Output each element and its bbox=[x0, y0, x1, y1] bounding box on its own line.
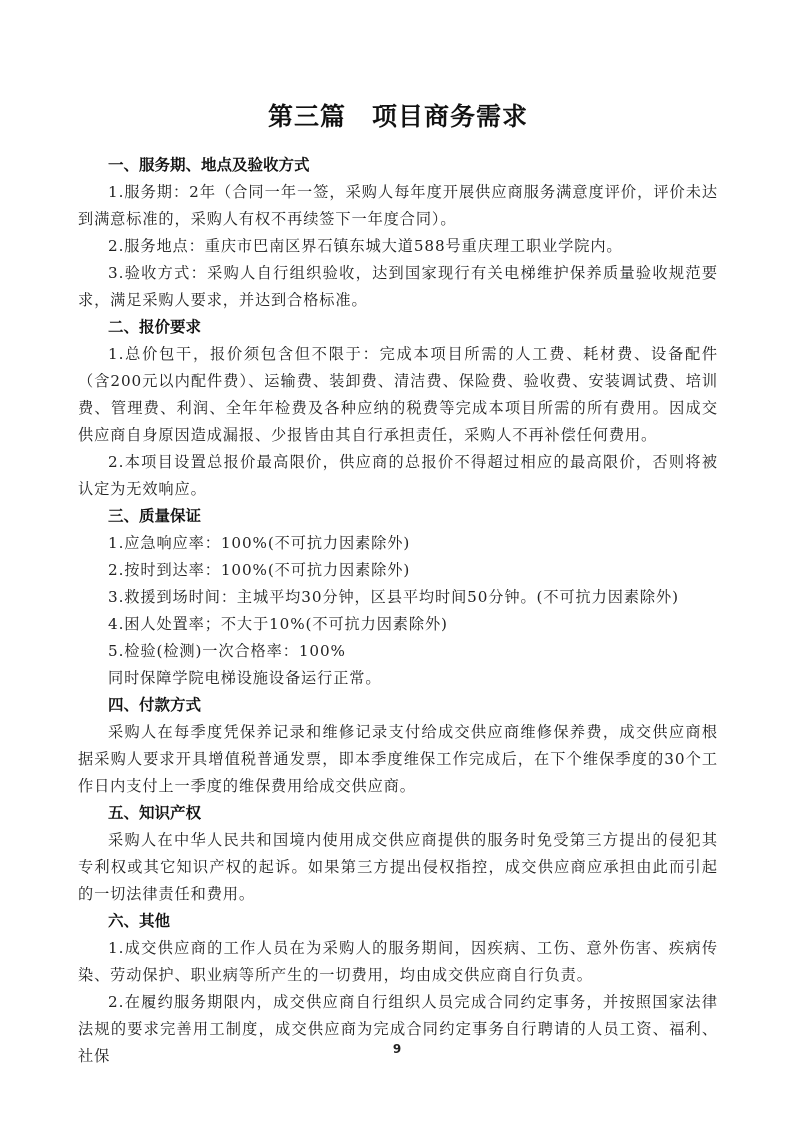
section-quality-assurance: 三、质量保证 1.应急响应率：100%(不可抗力因素除外) 2.按时到达率：10… bbox=[78, 503, 718, 692]
section-heading: 六、其他 bbox=[78, 908, 718, 935]
list-item: 同时保障学院电梯设施设备运行正常。 bbox=[78, 665, 718, 692]
list-item: 2.按时到达率：100%(不可抗力因素除外) bbox=[78, 557, 718, 584]
page-title: 第三篇项目商务需求 bbox=[78, 97, 718, 133]
paragraph: 采购人在每季度凭保养记录和维修记录支付给成交供应商维修保养费，成交供应商根据采购… bbox=[78, 719, 718, 800]
section-payment-method: 四、付款方式 采购人在每季度凭保养记录和维修记录支付给成交供应商维修保养费，成交… bbox=[78, 692, 718, 800]
list-item: 3.救援到场时间：主城平均30分钟，区县平均时间50分钟。(不可抗力因素除外) bbox=[78, 584, 718, 611]
section-heading: 三、质量保证 bbox=[78, 503, 718, 530]
paragraph: 3.验收方式：采购人自行组织验收，达到国家现行有关电梯维护保养质量验收规范要求，… bbox=[78, 260, 718, 314]
paragraph: 2.本项目设置总报价最高限价，供应商的总报价不得超过相应的最高限价，否则将被认定… bbox=[78, 449, 718, 503]
section-service-period: 一、服务期、地点及验收方式 1.服务期：2年（合同一年一签，采购人每年度开展供应… bbox=[78, 152, 718, 314]
paragraph: 1.成交供应商的工作人员在为采购人的服务期间，因疾病、工伤、意外伤害、疾病传染、… bbox=[78, 935, 718, 989]
paragraph: 2.在履约服务期限内，成交供应商自行组织人员完成合同约定事务，并按照国家法律法规… bbox=[78, 989, 718, 1070]
paragraph: 2.服务地点：重庆市巴南区界石镇东城大道588号重庆理工职业学院内。 bbox=[78, 233, 718, 260]
list-item: 5.检验(检测)一次合格率：100% bbox=[78, 638, 718, 665]
section-intellectual-property: 五、知识产权 采购人在中华人民共和国境内使用成交供应商提供的服务时免受第三方提出… bbox=[78, 800, 718, 908]
list-item: 4.困人处置率；不大于10%(不可抗力因素除外) bbox=[78, 611, 718, 638]
section-heading: 二、报价要求 bbox=[78, 314, 718, 341]
paragraph: 采购人在中华人民共和国境内使用成交供应商提供的服务时免受第三方提出的侵犯其专利权… bbox=[78, 827, 718, 908]
paragraph: 1.服务期：2年（合同一年一签，采购人每年度开展供应商服务满意度评价，评价未达到… bbox=[78, 179, 718, 233]
list-item: 1.应急响应率：100%(不可抗力因素除外) bbox=[78, 530, 718, 557]
document-body: 一、服务期、地点及验收方式 1.服务期：2年（合同一年一签，采购人每年度开展供应… bbox=[78, 152, 718, 1070]
title-part-name: 项目商务需求 bbox=[372, 102, 528, 131]
title-part-chapter: 第三篇 bbox=[268, 102, 346, 131]
section-heading: 五、知识产权 bbox=[78, 800, 718, 827]
section-heading: 四、付款方式 bbox=[78, 692, 718, 719]
section-quotation-requirements: 二、报价要求 1.总价包干，报价须包含但不限于：完成本项目所需的人工费、耗材费、… bbox=[78, 314, 718, 503]
page-number: 9 bbox=[0, 1042, 794, 1056]
paragraph: 1.总价包干，报价须包含但不限于：完成本项目所需的人工费、耗材费、设备配件（含2… bbox=[78, 341, 718, 449]
section-heading: 一、服务期、地点及验收方式 bbox=[78, 152, 718, 179]
